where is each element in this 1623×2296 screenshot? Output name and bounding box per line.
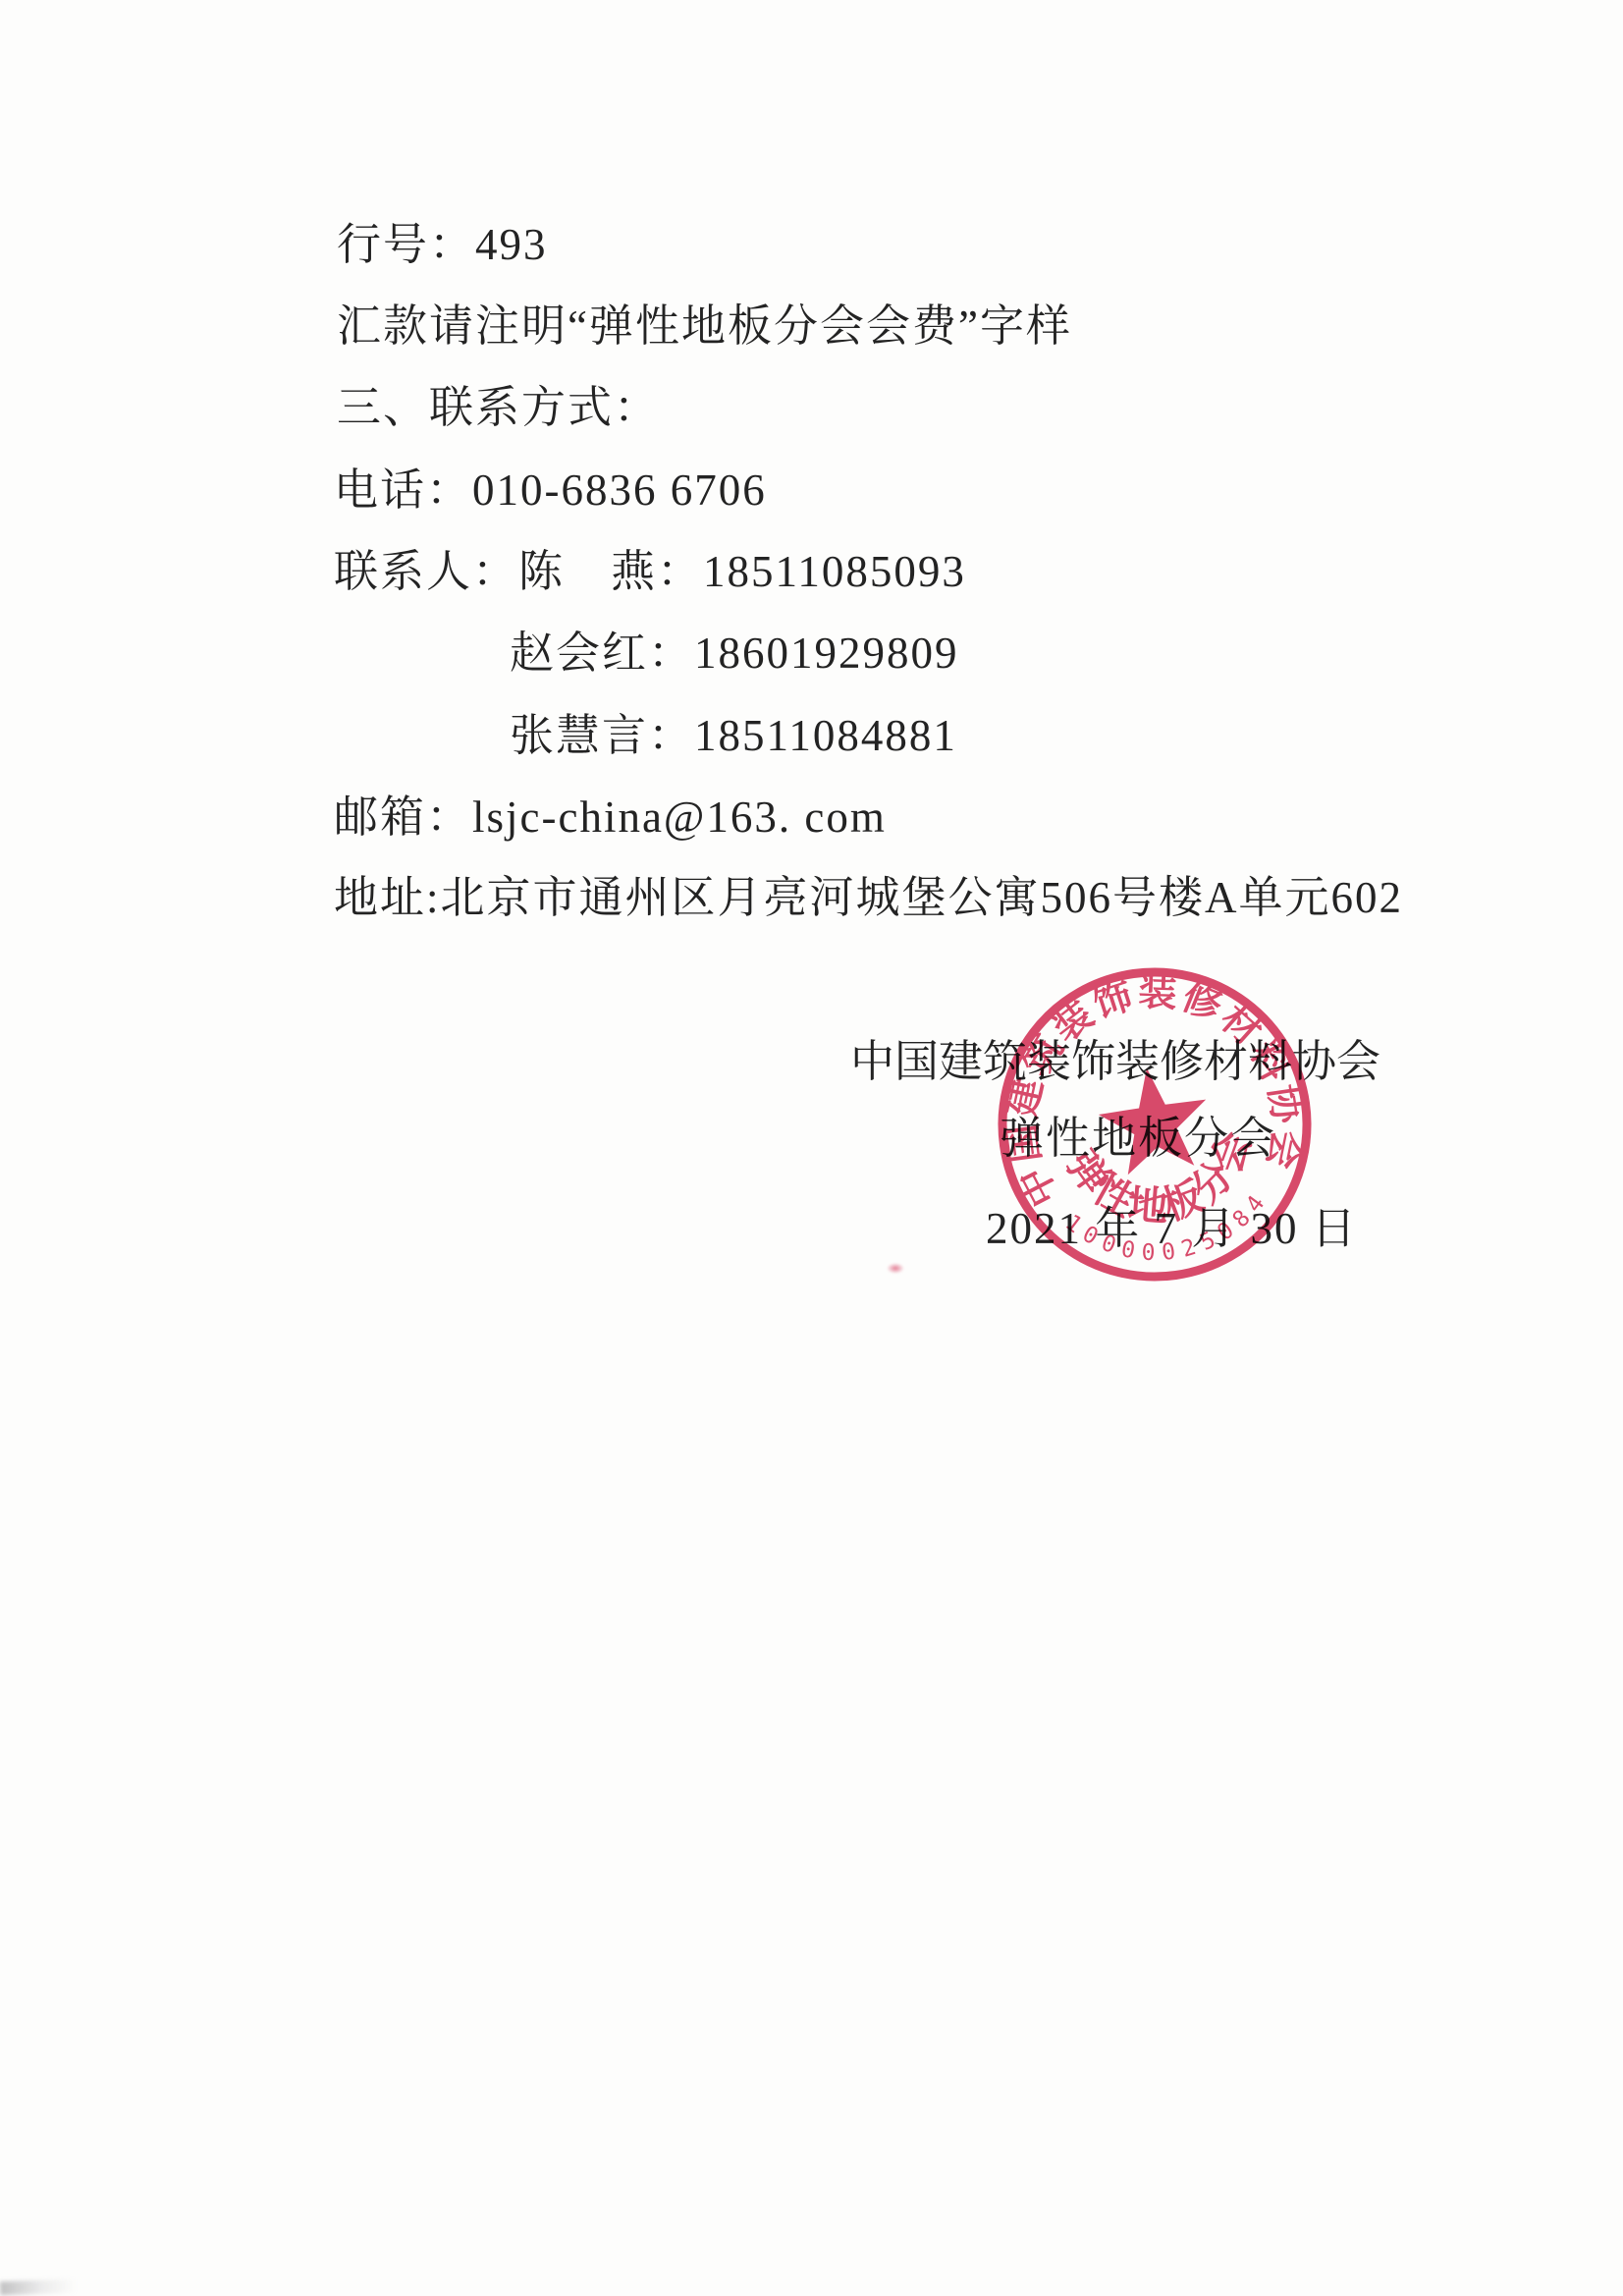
seal-ink-speck [887, 1263, 904, 1274]
document-page: 行号：493 汇款请注明“弹性地板分会会费”字样 三、联系方式： 电话：010-… [0, 0, 1623, 2296]
phone-line: 电话：010-6836 6706 [334, 467, 767, 514]
contact-section-heading: 三、联系方式： [337, 385, 660, 431]
address-line: 地址:北京市通州区月亮河城堡公寓506号楼A单元602 [334, 875, 1403, 921]
contact-person-1-line: 联系人：陈 燕：18511085093 [334, 549, 966, 595]
official-seal: 中国建筑装饰装修材料协会 弹性地板分会 1100000250846 [988, 957, 1322, 1291]
scan-artifact-corner [0, 2279, 77, 2296]
remittance-note-line: 汇款请注明“弹性地板分会会费”字样 [337, 303, 1072, 350]
email-line: 邮箱：lsjc-china@163. com [334, 794, 887, 841]
bank-number-line: 行号：493 [337, 222, 548, 268]
contact-person-2-line: 赵会红：18601929809 [510, 630, 959, 677]
contact-person-3-line: 张慧言：18511084881 [510, 713, 957, 759]
seal-star-icon [1093, 1061, 1215, 1177]
